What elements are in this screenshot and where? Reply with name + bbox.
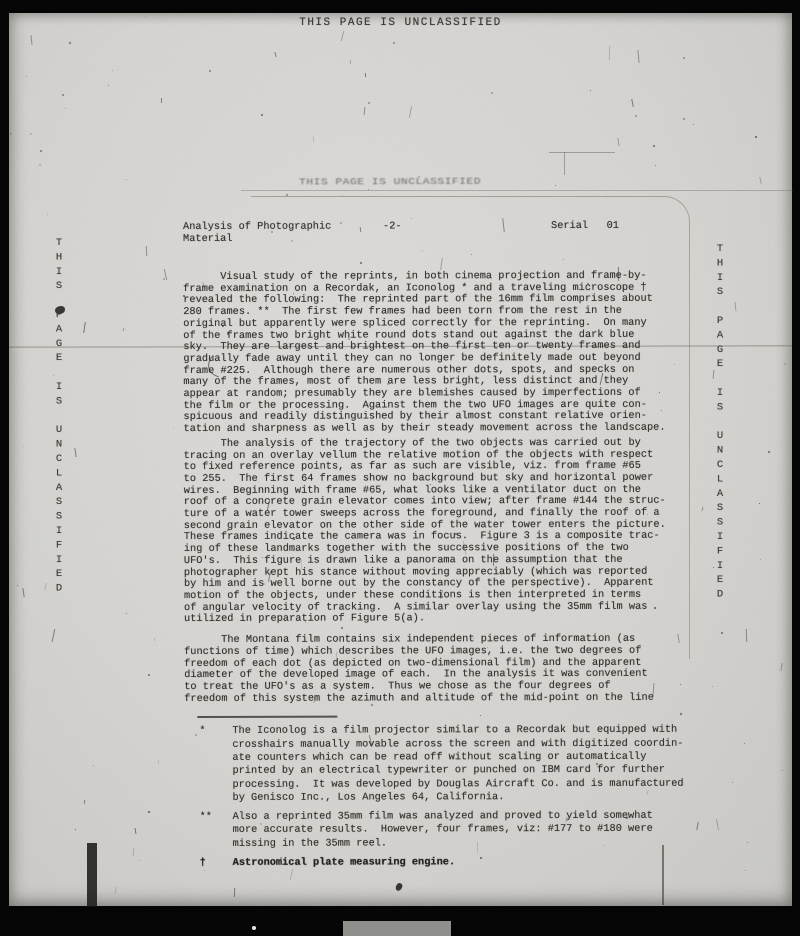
scan-speck [23,446,24,447]
typed-content: Analysis of Photographic Material -2- Se… [183,221,690,877]
scan-speck [716,819,719,830]
classification-banner-top: THIS PAGE IS UNCLASSIFIED [9,17,792,29]
scan-speck [133,848,134,856]
footnote-marker-asterisk: * [184,725,232,805]
scan-speck [491,91,493,93]
scratch-mark-vertical [564,152,565,175]
scan-speck [745,870,746,871]
serial-number: Serial 01 [551,221,619,233]
scan-speck [746,629,747,642]
scan-speck [341,31,344,41]
scan-speck [93,765,94,766]
scan-speck [410,218,411,219]
scan-speck [555,184,556,185]
scan-speck [114,886,116,893]
scan-speck [721,632,723,634]
scan-speck [75,448,77,457]
scan-speck [780,663,782,671]
scan-speck [754,136,756,138]
scan-speck [148,811,150,813]
footnote-iconolog: * The Iconolog is a film projector simil… [184,724,689,805]
scan-speck [39,164,41,166]
scan-speck [605,196,606,197]
scanned-document: THIS PAGE IS UNCLASSIFIED THIS PAGE IS U… [0,0,800,936]
scanner-band-gray-block [343,921,451,936]
scan-speck [768,451,770,453]
scan-speck [261,114,263,116]
scan-speck [368,102,370,104]
scanner-band-white-dot [252,926,256,930]
scan-speck [618,138,620,146]
footnote-marker-double-asterisk: ** [185,811,233,851]
scan-speck [638,49,640,62]
scratch-mark-horizontal [549,152,615,153]
scan-speck [393,42,395,44]
body-paragraph-3: The Montana film contains six independen… [184,634,689,706]
scan-speck [108,85,109,86]
body-paragraph-2: The analysis of the trajectory of the tw… [184,438,689,627]
scan-speck [157,760,159,764]
scan-speck [134,828,136,834]
scan-speck [47,213,48,214]
scan-speck [10,133,12,135]
scan-speck [26,75,27,76]
scan-speck [732,782,733,783]
scan-speck [209,70,211,72]
fold-line-upper [241,190,793,191]
scan-speck [139,860,140,861]
scan-speck [123,328,125,331]
body-paragraph-1: Visual study of the reprints, in both ci… [183,271,688,436]
footnote-text: The Iconolog is a film projector similar… [232,724,689,805]
footnote-separator [197,716,337,718]
dark-speck-bottom [395,882,403,892]
scan-speck [51,629,55,641]
scan-speck [408,106,411,118]
scan-speck [342,195,343,196]
scan-speck [153,638,155,641]
scan-speck [68,42,70,44]
scan-speck [608,46,609,60]
scan-speck [654,164,655,165]
scan-speck [368,189,369,190]
scan-speck [164,269,167,280]
scan-speck [701,507,703,511]
page-number: -2- [383,221,402,233]
document-title: Analysis of Photographic Material [183,222,331,246]
scan-speck [126,613,127,614]
scan-speck [759,503,760,504]
scan-speck [693,124,694,125]
scan-speck [286,194,288,196]
scan-speck [148,674,150,676]
scan-speck [83,321,85,332]
footnote-text: Astronomical plate measuring engine. [233,856,690,870]
scan-speck [126,179,127,180]
scan-speck [145,245,146,255]
scan-speck [62,93,64,95]
footnote-text: Also a reprinted 35mm film was analyzed … [233,810,690,851]
scan-speck [173,428,174,429]
scan-speck [161,98,162,103]
document-header: Analysis of Photographic Material -2- Se… [183,221,688,246]
scan-speck [30,133,32,135]
scan-speck [652,145,654,147]
scan-speck [313,136,315,142]
scan-speck [22,588,24,597]
classification-margin-left: THIS PAGE IS UNCLASSIFIED [53,237,65,582]
classification-stamp-ghost: THIS PAGE IS UNCLASSIFIED [299,177,481,187]
footnote-marker-dagger: † [185,857,233,870]
scan-speck [683,117,685,119]
scan-speck [234,888,235,897]
scan-speck [44,583,46,591]
scan-speck [364,73,365,77]
scan-speck [363,107,365,115]
scan-speck [635,115,637,117]
scan-speck [590,89,591,90]
scan-speck [631,99,633,107]
scan-speck [163,277,165,279]
footnote-35mm: ** Also a reprinted 35mm film was analyz… [185,810,690,851]
scan-speck [112,70,113,71]
scan-speck [712,686,713,687]
scan-speck [349,60,350,64]
scan-speck [17,585,18,586]
scan-speck [760,559,761,560]
scan-speck [782,770,783,771]
scan-speck [759,177,761,184]
scan-speck [696,822,699,830]
scan-speck [75,828,76,829]
classification-margin-right: THIS PAGE IS UNCLASSIFIED [714,243,726,588]
scan-speck [31,35,33,45]
scan-speck [275,52,277,57]
page: THIS PAGE IS UNCLASSIFIED THIS PAGE IS U… [9,13,792,906]
footnote-astronomical: † Astronomical plate measuring engine. [185,856,690,871]
scan-speck [747,842,748,843]
scan-streak-bottom-left [87,843,97,907]
scan-speck [783,363,785,365]
scan-speck [683,57,685,59]
scan-speck [734,302,736,311]
scan-speck [744,743,745,744]
scan-speck [39,150,41,152]
scan-speck [84,800,85,804]
scan-speck [65,108,66,109]
